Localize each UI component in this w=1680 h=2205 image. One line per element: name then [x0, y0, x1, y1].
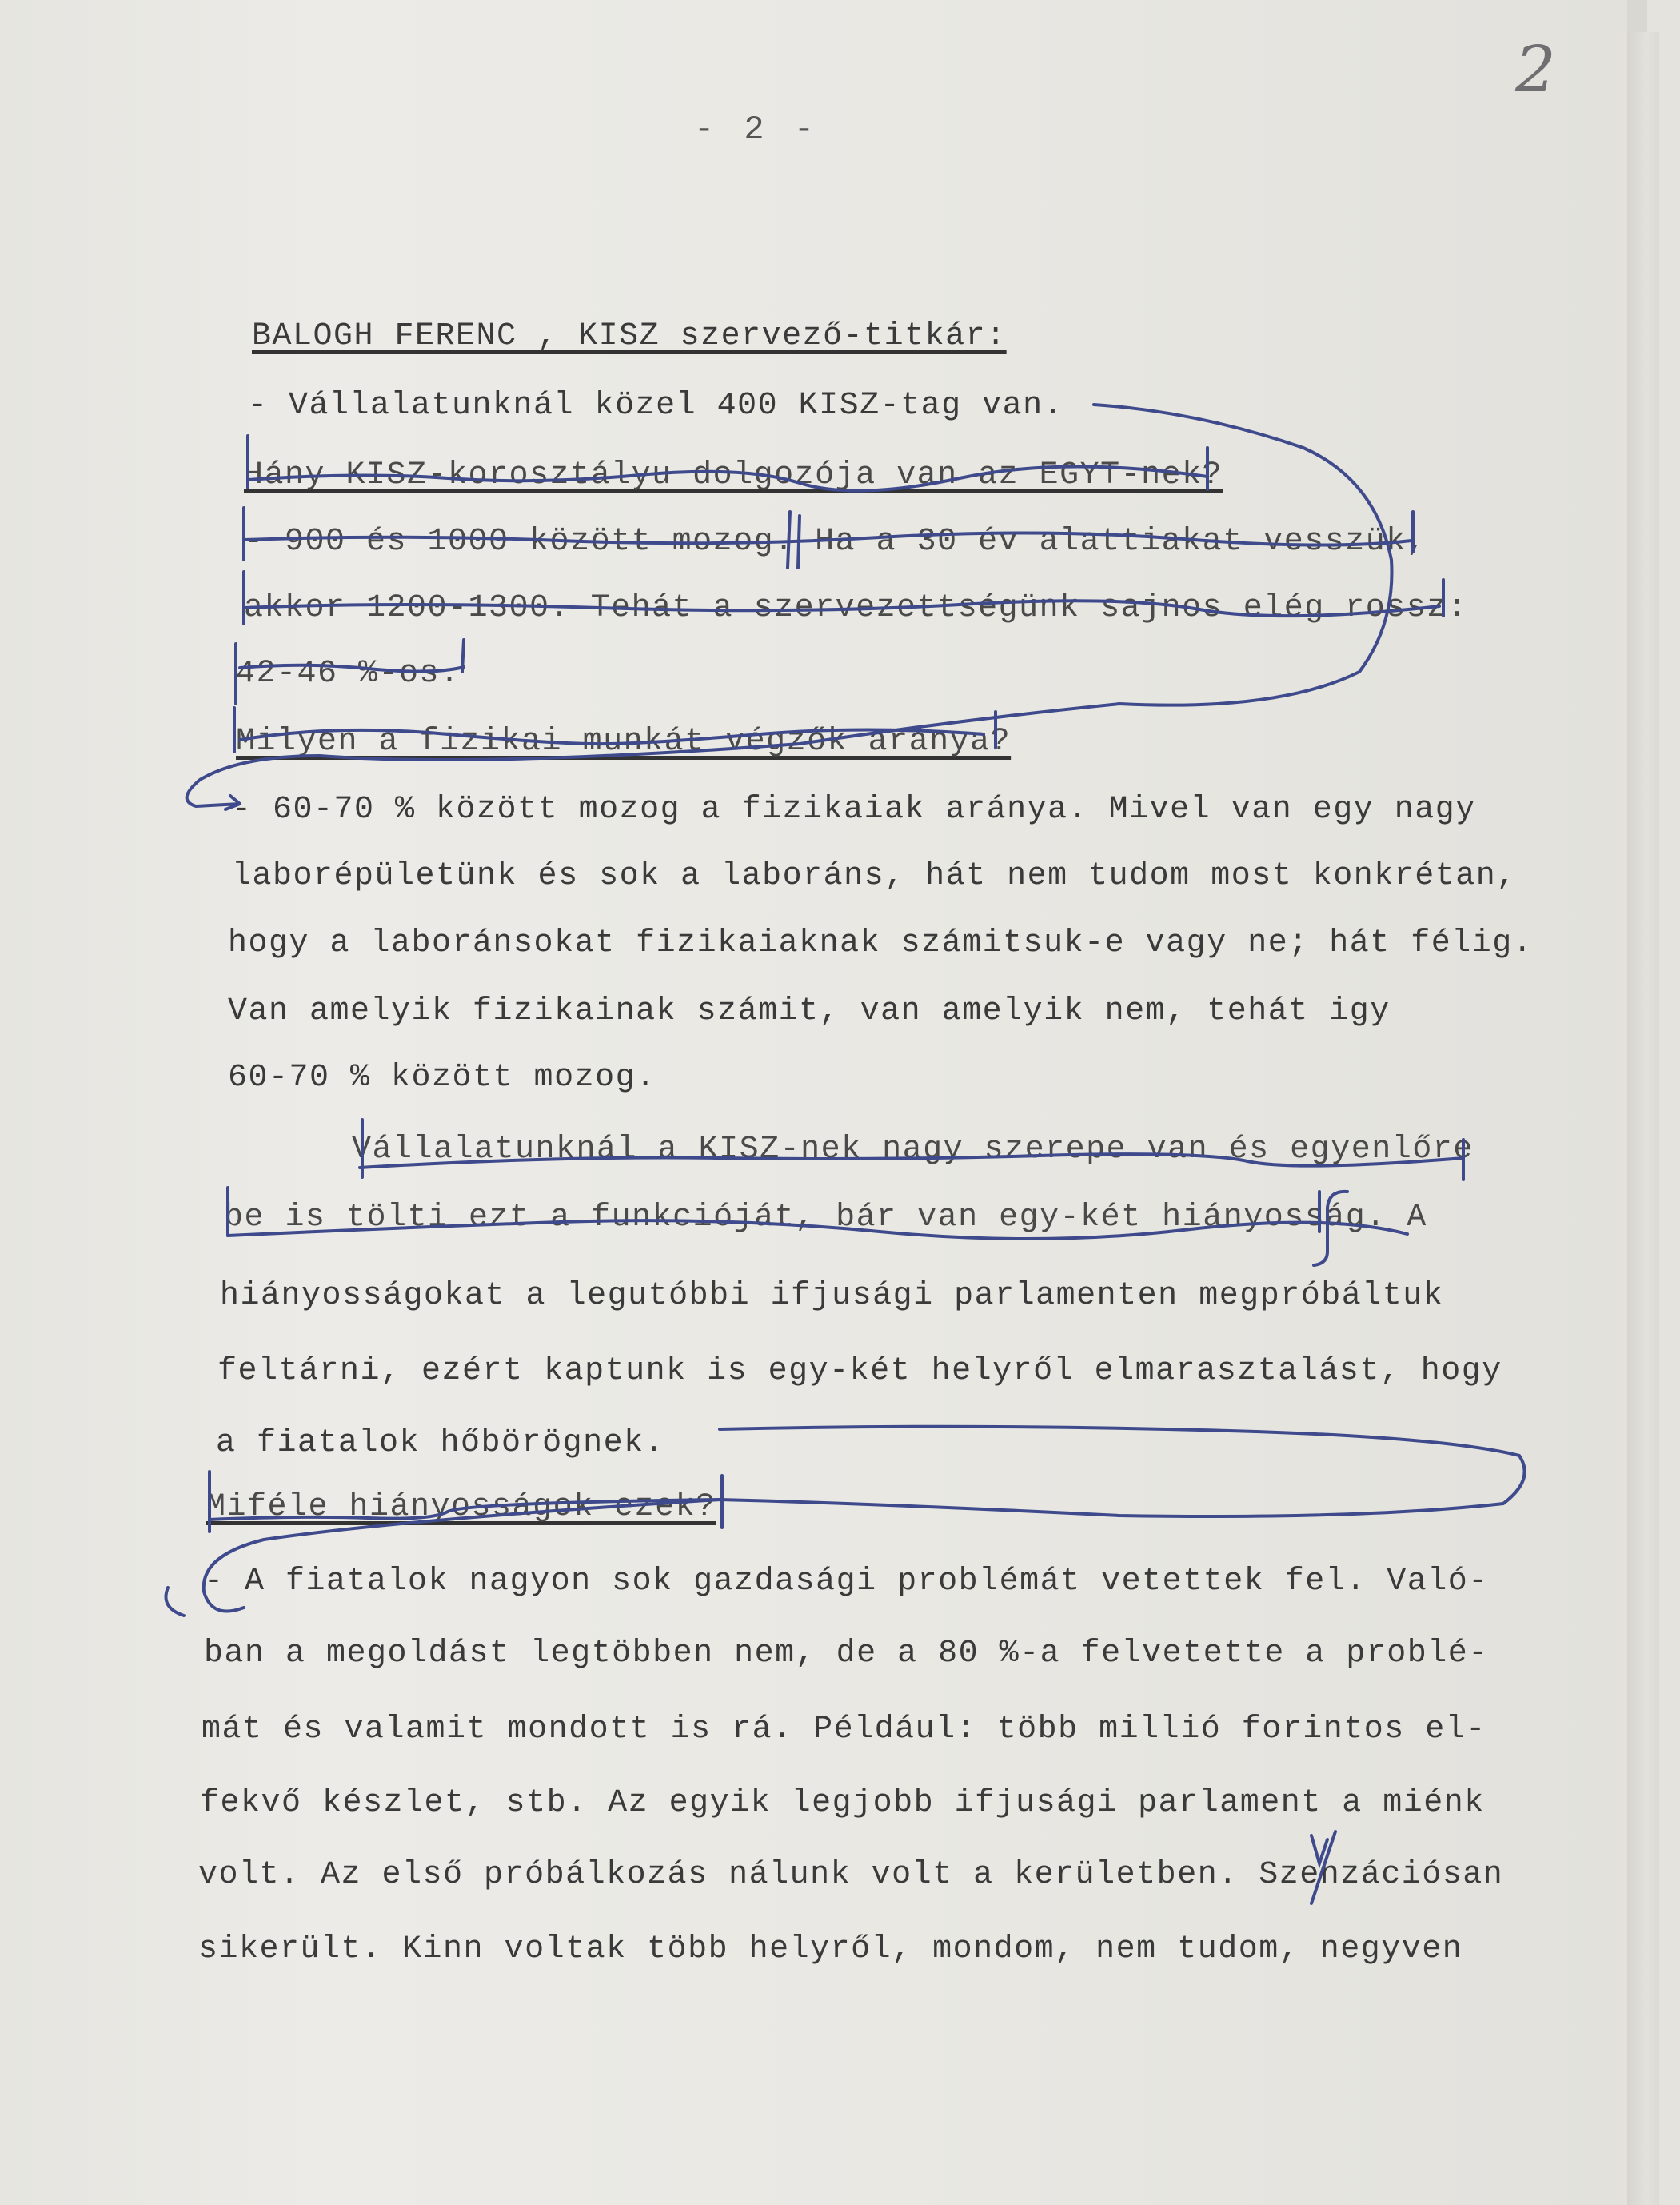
text-line: 60-70 % között mozog. [228, 1060, 656, 1096]
text-line-struck: Vállalatunknál a KISZ-nek nagy szerepe v… [352, 1132, 1474, 1168]
text-line-struck: Hány KISZ-korosztályu dolgozója van az E… [244, 457, 1223, 493]
text-line: hiányosságokat a legutóbbi ifjusági parl… [220, 1278, 1443, 1314]
text-line: Van amelyik fizikainak számit, van amely… [228, 993, 1391, 1029]
text-line: feltárni, ezért kaptunk is egy-két helyr… [217, 1353, 1502, 1389]
page-number-handwritten: 2 [1515, 32, 1556, 106]
text-line: mát és valamit mondott is rá. Például: t… [202, 1712, 1486, 1748]
text-line: - 60-70 % között mozog a fizikaiak arány… [232, 792, 1476, 828]
text-line-struck: be is tölti ezt a funkcióját, bár van eg… [224, 1200, 1427, 1236]
text-line: fekvő készlet, stb. Az egyik legjobb ifj… [200, 1785, 1485, 1821]
text-line: - A fiatalok nagyon sok gazdasági problé… [204, 1564, 1489, 1600]
text-line-struck: 42-46 %-os. [236, 656, 461, 692]
text-line-struck: akkor 1200-1300. Tehát a szervezettségün… [244, 590, 1467, 626]
text-line: sikerült. Kinn voltak több helyről, mond… [198, 1931, 1463, 1967]
page-edge [1627, 32, 1659, 2205]
text-line-struck: Miféle hiányosságok ezek? [206, 1489, 716, 1525]
text-line: laborépületünk és sok a laboráns, hát ne… [232, 858, 1517, 894]
text-line-struck: Milyen a fizikai munkát végzők aránya? [236, 724, 1011, 760]
speaker-heading: BALOGH FERENC , KISZ szervező-titkár: [252, 318, 1007, 354]
text-line: a fiatalok hőbörögnek. [216, 1425, 664, 1461]
page-number-typed: - 2 - [694, 110, 819, 149]
text-line-struck: - 900 és 1000 között mozog. Ha a 30 év a… [244, 524, 1427, 560]
text-line: - Vállalatunknál közel 400 KISZ-tag van. [248, 388, 1063, 424]
text-line: hogy a laboránsokat fizikaiaknak számits… [228, 925, 1533, 961]
text-line: volt. Az első próbálkozás nálunk volt a … [198, 1857, 1503, 1893]
text-line: ban a megoldást legtöbben nem, de a 80 %… [204, 1636, 1489, 1672]
